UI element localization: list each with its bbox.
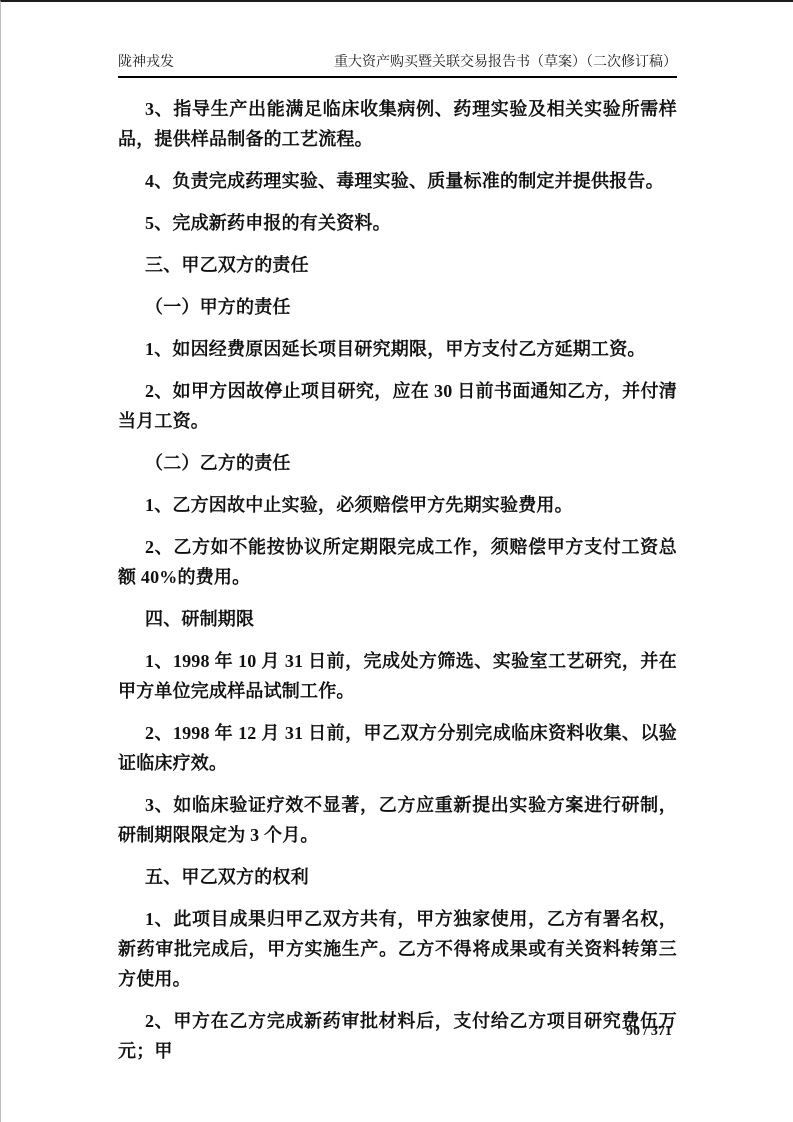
section-heading: 三、甲乙双方的责任 (118, 250, 677, 280)
paragraph: 4、负责完成药理实验、毒理实验、质量标准的制定并提供报告。 (118, 166, 677, 196)
paragraph: 5、完成新药申报的有关资料。 (118, 208, 677, 238)
paragraph: 2、乙方如不能按协议所定期限完成工作，须赔偿甲方支付工资总额 40%的费用。 (118, 532, 677, 592)
paragraph: 3、指导生产出能满足临床收集病例、药理实验及相关实验所需样品，提供样品制备的工艺… (118, 94, 677, 154)
paragraph: 1、此项目成果归甲乙双方共有，甲方独家使用，乙方有署名权，新药审批完成后，甲方实… (118, 904, 677, 994)
section-heading: 四、研制期限 (118, 604, 677, 634)
paragraph: 1、乙方因故中止实验，必须赔偿甲方先期实验费用。 (118, 490, 677, 520)
document-body: 3、指导生产出能满足临床收集病例、药理实验及相关实验所需样品，提供样品制备的工艺… (118, 94, 677, 1078)
subsection-heading: （二）乙方的责任 (118, 448, 677, 478)
page-header: 陇神戎发 重大资产购买暨关联交易报告书（草案）（二次修订稿） (118, 54, 677, 78)
paragraph: 1、1998 年 10 月 31 日前，完成处方筛选、实验室工艺研究，并在甲方单… (118, 646, 677, 706)
header-right-title: 重大资产购买暨关联交易报告书（草案）（二次修订稿） (334, 54, 677, 72)
document-page: 陇神戎发 重大资产购买暨关联交易报告书（草案）（二次修订稿） 3、指导生产出能满… (0, 0, 793, 1122)
paragraph: 2、1998 年 12 月 31 日前，甲乙双方分别完成临床资料收集、以验证临床… (118, 718, 677, 778)
paragraph: 2、甲方在乙方完成新药审批材料后，支付给乙方项目研究费伍万元；甲 (118, 1006, 677, 1066)
paragraph: 3、如临床验证疗效不显著，乙方应重新提出实验方案进行研制，研制期限限定为 3 个… (118, 790, 677, 850)
section-heading: 五、甲乙双方的权利 (118, 862, 677, 892)
subsection-heading: （一）甲方的责任 (118, 292, 677, 322)
page-footer: 90 / 371 (626, 1023, 672, 1041)
paragraph: 1、如因经费原因延长项目研究期限，甲方支付乙方延期工资。 (118, 334, 677, 364)
paragraph: 2、如甲方因故停止项目研究，应在 30 日前书面通知乙方，并付清当月工资。 (118, 376, 677, 436)
header-left-title: 陇神戎发 (118, 54, 174, 72)
page-number: 90 / 371 (626, 1024, 672, 1039)
